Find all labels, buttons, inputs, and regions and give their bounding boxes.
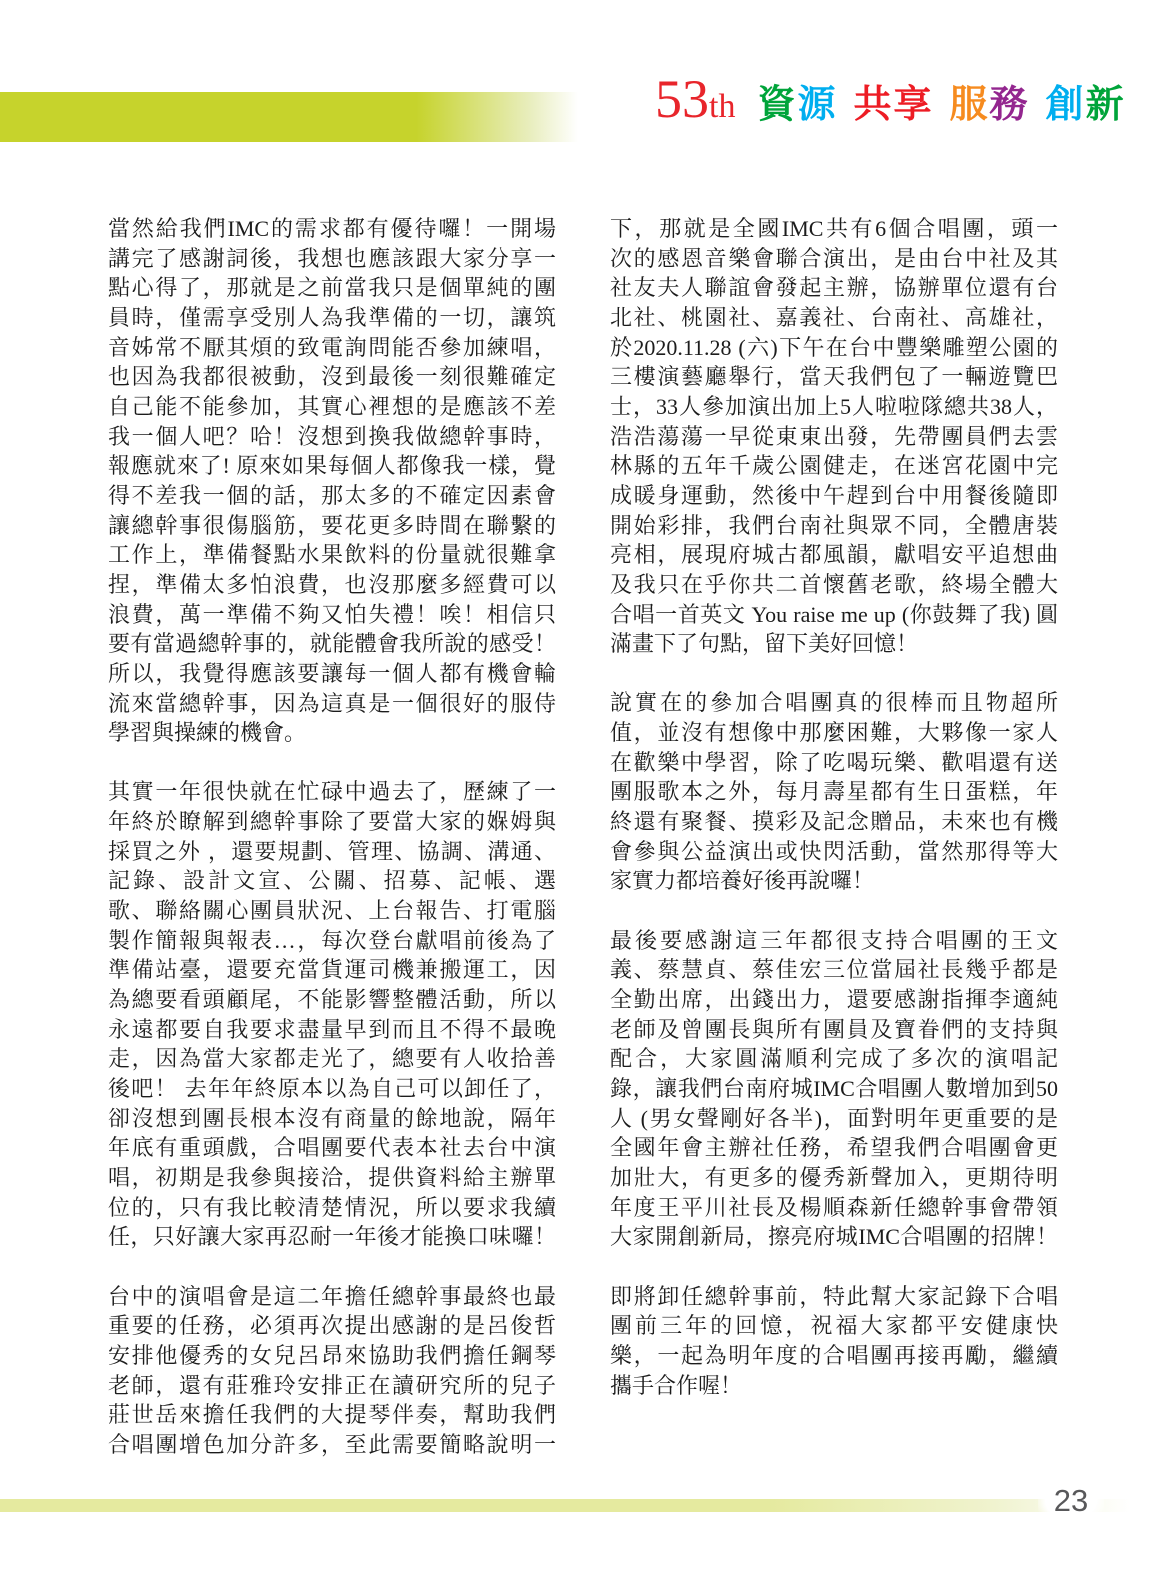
text-line: 報應就來了! 原來如果每個人都像我一樣，覺 xyxy=(108,451,556,481)
slogan-char: 創 xyxy=(1046,84,1086,126)
text-line: 也因為我都很被動，沒到最後一刻很難確定 xyxy=(108,362,556,392)
text-line: 合唱一首英文 You raise me up (你鼓舞了我) 圓 xyxy=(610,600,1058,630)
slogan-word: 資源 xyxy=(757,84,837,126)
text-line: 老師，還有莊雅玲安排正在讀研究所的兒子 xyxy=(108,1371,556,1401)
text-line: 我一個人吧？哈！沒想到換我做總幹事時， xyxy=(108,422,556,452)
text-line: 重要的任務，必須再次提出感謝的是呂俊哲 xyxy=(108,1311,556,1341)
text-line: 當然給我們IMC的需求都有優待囉！一開場 xyxy=(108,214,556,244)
paragraph: 最後要感謝這三年都很支持合唱團的王文義、蔡慧貞、蔡佳宏三位當屆社長幾乎都是全勤出… xyxy=(610,926,1058,1252)
text-line: 次的感恩音樂會聯合演出，是由台中社及其 xyxy=(610,244,1058,274)
header-slogan: 資源共享服務創新 xyxy=(757,86,1125,124)
text-line: 學習與操練的機會。 xyxy=(108,718,556,748)
text-line: 說實在的參加合唱團真的很棒而且物超所 xyxy=(610,688,1058,718)
text-line: 會參與公益演出或快閃活動，當然那得等大 xyxy=(610,837,1058,867)
slogan-word: 服務 xyxy=(950,84,1030,126)
left-column: 當然給我們IMC的需求都有優待囉！一開場講完了感謝詞後，我想也應該跟大家分享一點… xyxy=(108,214,556,1460)
text-line: 義、蔡慧貞、蔡佳宏三位當屆社長幾乎都是 xyxy=(610,955,1058,985)
text-line: 點心得了，那就是之前當我只是個單純的團 xyxy=(108,273,556,303)
slogan-char: 共 xyxy=(853,84,893,126)
text-line: 在歡樂中學習，除了吃喝玩樂、歡唱還有送 xyxy=(610,748,1058,778)
text-line: 走，因為當大家都走光了，總要有人收拾善 xyxy=(108,1044,556,1074)
right-column: 下，那就是全國IMC共有6個合唱團，頭一次的感恩音樂會聯合演出，是由台中社及其社… xyxy=(610,214,1058,1460)
text-line: 唱，初期是我參與接洽，提供資料給主辦單 xyxy=(108,1163,556,1193)
text-line: 全國年會主辦社任務，希望我們合唱團會更 xyxy=(610,1133,1058,1163)
text-line: 莊世岳來擔任我們的大提琴伴奏，幫助我們 xyxy=(108,1400,556,1430)
text-line: 於2020.11.28 (六)下午在台中豐樂雕塑公園的 xyxy=(610,333,1058,363)
text-line: 歌、聯絡關心團員狀況、上台報告、打電腦 xyxy=(108,896,556,926)
text-line: 為總要看頭顧尾，不能影響整體活動，所以 xyxy=(108,985,556,1015)
text-line: 合唱團增色加分許多，至此需要簡略說明一 xyxy=(108,1430,556,1460)
text-line: 團服歌本之外，每月壽星都有生日蛋糕，年 xyxy=(610,777,1058,807)
text-line: 終還有聚餐、摸彩及記念贈品，未來也有機 xyxy=(610,807,1058,837)
paragraph: 當然給我們IMC的需求都有優待囉！一開場講完了感謝詞後，我想也應該跟大家分享一點… xyxy=(108,214,556,748)
text-line: 工作上，準備餐點水果飲料的份量就很難拿 xyxy=(108,540,556,570)
text-line: 滿畫下了句點，留下美好回憶！ xyxy=(610,629,1058,659)
text-line: 開始彩排，我們台南社與眾不同，全體唐裝 xyxy=(610,511,1058,541)
text-line: 團前三年的回憶，祝福大家都平安健康快 xyxy=(610,1311,1058,1341)
text-line: 卻沒想到團長根本沒有商量的餘地說，隔年 xyxy=(108,1104,556,1134)
text-line: 員時，僅需享受別人為我準備的一切，讓筑 xyxy=(108,303,556,333)
article-body: 當然給我們IMC的需求都有優待囉！一開場講完了感謝詞後，我想也應該跟大家分享一點… xyxy=(108,214,1058,1460)
text-line: 捏，準備太多怕浪費，也沒那麼多經費可以 xyxy=(108,570,556,600)
text-line: 講完了感謝詞後，我想也應該跟大家分享一 xyxy=(108,244,556,274)
paragraph: 台中的演唱會是這二年擔任總幹事最終也最重要的任務，必須再次提出感謝的是呂俊哲安排… xyxy=(108,1282,556,1460)
text-line: 人 (男女聲剛好各半)，面對明年更重要的是 xyxy=(610,1104,1058,1134)
slogan-word: 共享 xyxy=(853,84,933,126)
text-line: 攜手合作喔！ xyxy=(610,1371,1058,1401)
text-line: 年終於瞭解到總幹事除了要當大家的媬姆與 xyxy=(108,807,556,837)
text-line: 流來當總幹事，因為這真是一個很好的服侍 xyxy=(108,689,556,719)
text-line: 自己能不能參加，其實心裡想的是應該不差 xyxy=(108,392,556,422)
text-line: 所以，我覺得應該要讓每一個人都有機會輪 xyxy=(108,659,556,689)
text-line: 大家開創新局，擦亮府城IMC合唱團的招牌！ xyxy=(610,1222,1058,1252)
text-line: 台中的演唱會是這二年擔任總幹事最終也最 xyxy=(108,1282,556,1312)
text-line: 錄，讓我們台南府城IMC合唱團人數增加到50 xyxy=(610,1074,1058,1104)
text-line: 家實力都培養好後再說囉！ xyxy=(610,866,1058,896)
text-line: 全勤出席，出錢出力，還要感謝指揮李適純 xyxy=(610,985,1058,1015)
text-line: 安排他優秀的女兒呂昂來協助我們擔任鋼琴 xyxy=(108,1341,556,1371)
text-line: 亮相，展現府城古都風韻，獻唱安平追想曲 xyxy=(610,540,1058,570)
text-line: 樂，一起為明年度的合唱團再接再勵，繼續 xyxy=(610,1341,1058,1371)
text-line: 士，33人參加演出加上5人啦啦隊總共38人， xyxy=(610,392,1058,422)
slogan-word: 創新 xyxy=(1046,84,1126,126)
text-line: 採買之外 ，還要規劃、管理、協調、溝通、 xyxy=(108,837,556,867)
text-line: 後吧！ 去年年終原本以為自己可以卸任了， xyxy=(108,1074,556,1104)
text-line: 得不差我一個的話，那太多的不確定因素會 xyxy=(108,481,556,511)
text-line: 加壯大，有更多的優秀新聲加入，更期待明 xyxy=(610,1163,1058,1193)
text-line: 浩浩蕩蕩一早從東東出發，先帶團員們去雲 xyxy=(610,422,1058,452)
text-line: 任，只好讓大家再忍耐一年後才能換口味囉！ xyxy=(108,1222,556,1252)
text-line: 準備站臺，還要充當貨運司機兼搬運工，因 xyxy=(108,955,556,985)
magazine-page: 53th 資源共享服務創新 當然給我們IMC的需求都有優待囉！一開場講完了感謝詞… xyxy=(0,0,1152,1571)
paragraph: 下，那就是全國IMC共有6個合唱團，頭一次的感恩音樂會聯合演出，是由台中社及其社… xyxy=(610,214,1058,659)
text-line: 配合，大家圓滿順利完成了多次的演唱記 xyxy=(610,1044,1058,1074)
text-line: 製作簡報與報表…，每次登台獻唱前後為了 xyxy=(108,926,556,956)
page-header: 53th 資源共享服務創新 xyxy=(655,72,1126,126)
text-line: 讓總幹事很傷腦筋，要花更多時間在聯繫的 xyxy=(108,511,556,541)
text-line: 即將卸任總幹事前，特此幫大家記錄下合唱 xyxy=(610,1282,1058,1312)
slogan-char: 新 xyxy=(1086,84,1126,126)
text-line: 位的，只有我比較清楚情況，所以要求我續 xyxy=(108,1193,556,1223)
text-line: 音姊常不厭其煩的致電詢問能否參加練唱， xyxy=(108,333,556,363)
edition-suffix: th xyxy=(709,88,735,125)
text-line: 林縣的五年千歲公園健走，在迷宮花園中完 xyxy=(610,451,1058,481)
bottom-accent-bar xyxy=(0,1499,1130,1512)
text-line: 其實一年很快就在忙碌中過去了，歷練了一 xyxy=(108,777,556,807)
slogan-char: 源 xyxy=(797,84,837,126)
text-line: 年度王平川社長及楊順森新任總幹事會帶領 xyxy=(610,1193,1058,1223)
text-line: 值，並沒有想像中那麼困難，大夥像一家人 xyxy=(610,718,1058,748)
text-line: 浪費，萬一準備不夠又怕失禮！唉！相信只 xyxy=(108,600,556,630)
top-accent-bar xyxy=(0,92,578,142)
paragraph: 說實在的參加合唱團真的很棒而且物超所值，並沒有想像中那麼困難，大夥像一家人在歡樂… xyxy=(610,688,1058,896)
text-line: 最後要感謝這三年都很支持合唱團的王文 xyxy=(610,926,1058,956)
slogan-char: 務 xyxy=(990,84,1030,126)
paragraph: 其實一年很快就在忙碌中過去了，歷練了一年終於瞭解到總幹事除了要當大家的媬姆與採買… xyxy=(108,777,556,1252)
text-line: 永遠都要自我要求盡量早到而且不得不最晚 xyxy=(108,1015,556,1045)
text-line: 要有當過總幹事的，就能體會我所說的感受！ xyxy=(108,629,556,659)
text-line: 年底有重頭戲，合唱團要代表本社去台中演 xyxy=(108,1133,556,1163)
slogan-char: 享 xyxy=(894,84,934,126)
text-line: 及我只在乎你共二首懷舊老歌，終場全體大 xyxy=(610,570,1058,600)
slogan-char: 服 xyxy=(950,84,990,126)
edition-number: 53th xyxy=(655,72,735,126)
text-line: 社友夫人聯誼會發起主辦，協辦單位還有台 xyxy=(610,273,1058,303)
page-number: 23 xyxy=(1038,1478,1104,1524)
edition-main: 53 xyxy=(655,69,709,129)
text-line: 老師及曾團長與所有團員及寶眷們的支持與 xyxy=(610,1015,1058,1045)
text-line: 北社、桃園社、嘉義社、台南社、高雄社， xyxy=(610,303,1058,333)
text-line: 三樓演藝廳舉行，當天我們包了一輛遊覽巴 xyxy=(610,362,1058,392)
text-line: 記錄、設計文宣、公關、招募、記帳、選 xyxy=(108,866,556,896)
paragraph: 即將卸任總幹事前，特此幫大家記錄下合唱團前三年的回憶，祝福大家都平安健康快樂，一… xyxy=(610,1282,1058,1401)
slogan-char: 資 xyxy=(757,84,797,126)
text-line: 成暖身運動，然後中午趕到台中用餐後隨即 xyxy=(610,481,1058,511)
text-line: 下，那就是全國IMC共有6個合唱團，頭一 xyxy=(610,214,1058,244)
